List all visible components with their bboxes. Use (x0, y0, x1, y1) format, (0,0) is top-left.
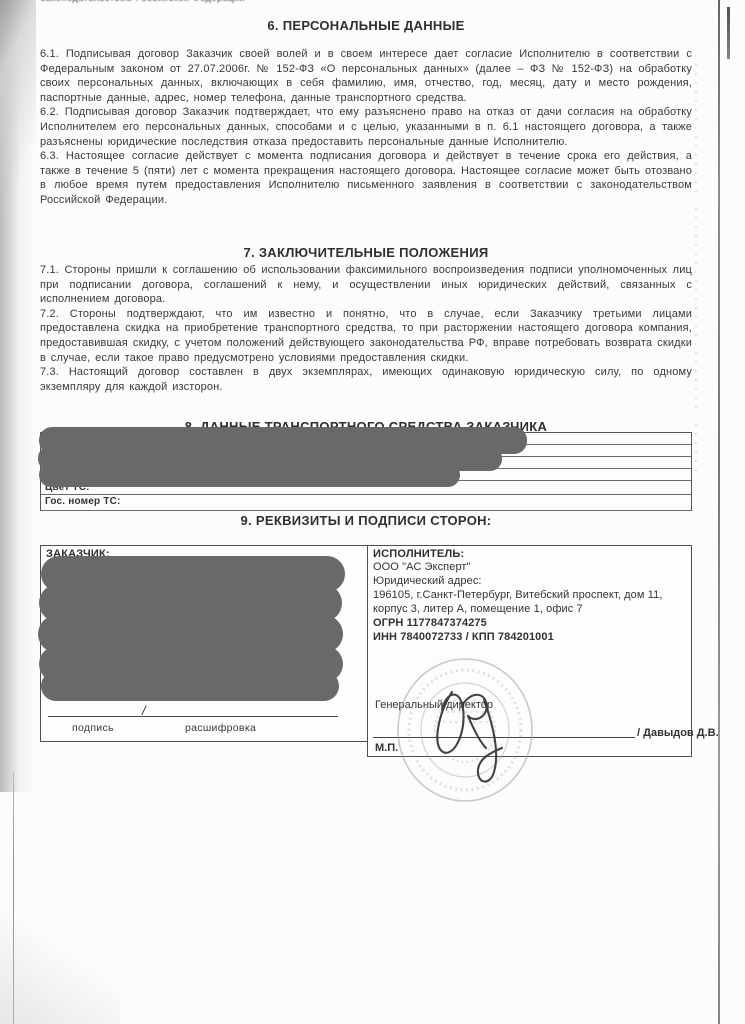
section-7-body: 7.1. Стороны пришли к соглашению об испо… (40, 263, 692, 394)
executor-company: ООО "АС Эксперт" (368, 560, 691, 574)
executor-ogrn: ОГРН 1177847374275 (368, 616, 691, 630)
ink-bleed-column (695, 55, 697, 475)
executor-details-cell: ИСПОЛНИТЕЛЬ: ООО "АС Эксперт" Юридически… (367, 545, 692, 757)
paragraph-7-1: 7.1. Стороны пришли к соглашению об испо… (40, 263, 692, 307)
signature-caption: подпись (72, 722, 114, 734)
decipher-caption: расшифровка (185, 722, 256, 734)
paragraph-6-1: 6.1. Подписывая договор Заказчик своей в… (40, 47, 692, 105)
executor-signature-line (373, 737, 635, 738)
executor-address-line2: корпус 3, литер А, помещение 1, офис 7 (368, 602, 691, 616)
director-label: Генеральный директор (375, 699, 493, 711)
customer-signature-line (48, 716, 338, 717)
executor-address-label: Юридический адрес: (368, 574, 691, 588)
section-6-title: 6. ПЕРСОНАЛЬНЫЕ ДАННЫЕ (40, 18, 692, 33)
vehicle-color-row: Цвет ТС: (41, 481, 691, 495)
paragraph-6-3: 6.3. Настоящее согласие действует с моме… (40, 149, 692, 207)
executor-header: ИСПОЛНИТЕЛЬ: (368, 546, 691, 560)
executor-address-line1: 196105, г.Санкт-Петербург, Витебский про… (368, 588, 691, 602)
left-scan-shadow (0, 0, 36, 792)
director-name: / Давыдов Д.В. (637, 727, 719, 739)
section-6-body: 6.1. Подписывая договор Заказчик своей в… (40, 47, 692, 208)
customer-header: ЗАКАЗЧИК: (41, 546, 367, 560)
right-page-edge-line (718, 0, 720, 1024)
paragraph-7-3: 7.3. Настоящий договор составлен в двух … (40, 365, 692, 394)
section-7-title: 7. ЗАКЛЮЧИТЕЛЬНЫЕ ПОЛОЖЕНИЯ (40, 245, 692, 260)
section-9-title: 9. РЕКВИЗИТЫ И ПОДПИСИ СТОРОН: (40, 513, 692, 528)
vehicle-table-row (41, 457, 691, 469)
paragraph-7-2: 7.2. Стороны подтверждают, что им извест… (40, 307, 692, 365)
vehicle-table-row (41, 433, 691, 445)
seal-place-label: М.П. (375, 742, 398, 754)
customer-details-cell: ЗАКАЗЧИК: (40, 545, 368, 742)
vehicle-table-row (41, 469, 691, 481)
paragraph-6-2: 6.2. Подписывая договор Заказчик подтвер… (40, 105, 692, 149)
bottom-left-fold-shadow (0, 880, 120, 1024)
executor-inn-kpp: ИНН 7840072733 / КПП 784201001 (368, 630, 691, 644)
right-edge-scan-mark (727, 7, 730, 59)
scanned-contract-page: законодательством Российской Федерации 6… (0, 0, 745, 1024)
vehicle-plate-row: Гос. номер ТС: (41, 495, 691, 511)
vehicle-table-row (41, 445, 691, 457)
clipped-text-fragment: законодательством Российской Федерации (41, 0, 271, 5)
vehicle-data-table: Цвет ТС: Гос. номер ТС: (40, 432, 692, 511)
